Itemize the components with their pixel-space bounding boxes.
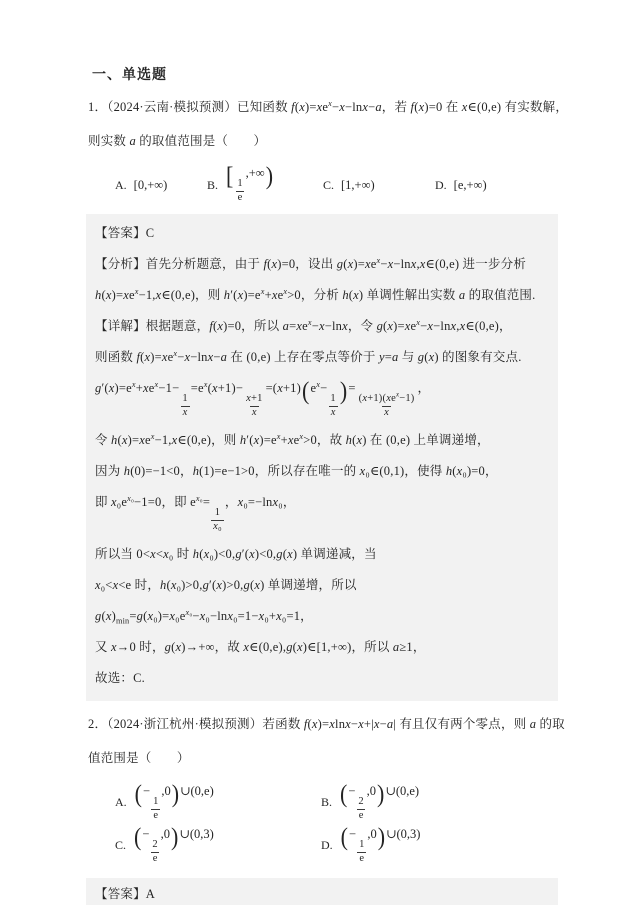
big-delimiter: ) [172, 784, 179, 804]
option-C: C.[1,+∞) [323, 178, 435, 193]
q1-solution-line: 【答案】C [95, 224, 550, 243]
q1-solution-line: g′(x)=ex+xex−1−1x=ex(x+1)−x+1x=(x+1)(ex−… [95, 379, 550, 419]
q1-solution-line: 故选：C. [95, 669, 550, 688]
option-label: D. [435, 178, 447, 193]
option-text: (−1e,0)∪(0,3) [340, 826, 421, 865]
q1-solution-line: 令 h(x)=xex−1,x∈(0,e)，则 h′(x)=ex+xex>0，故 … [95, 431, 550, 450]
big-delimiter: ( [302, 381, 310, 401]
document-page: 一、单选题 1．（2024·云南·模拟预测）已知函数 f(x)=xex−x−ln… [0, 0, 640, 905]
q2-answer-block: 【答案】A [86, 878, 558, 905]
q1-stem-line: 则实数 a 的取值范围是（ ） [88, 132, 552, 151]
q1-solution-line: 所以当 0<x<x₀ 时 h(x₀)<0,g′(x)<0,g(x) 单调递减，当 [95, 545, 550, 564]
option-D: D.[e,+∞) [435, 178, 552, 193]
option-text: (−1e,0)∪(0,e) [134, 783, 214, 822]
option-D: D.(−1e,0)∪(0,3) [321, 826, 552, 865]
q1-solution-line: h(x)=xex−1,x∈(0,e)，则 h′(x)=ex+xex>0，分析 h… [95, 286, 550, 305]
fraction: (x+1)(xex−1)x [357, 393, 417, 419]
option-label: C. [115, 838, 126, 853]
option-text: (−2e,0)∪(0,e) [339, 783, 419, 822]
fraction: 1e [357, 839, 366, 865]
q2-stem-line: 2．（2024·浙江杭州·模拟预测）若函数 f(x)=xlnx−x+|x−a| … [88, 715, 552, 734]
q1-stem: 1．（2024·云南·模拟预测）已知函数 f(x)=xex−x−lnx−a，若 … [88, 98, 552, 151]
option-label: C. [323, 178, 334, 193]
fraction: 2e [150, 839, 159, 865]
big-delimiter: ) [171, 827, 178, 847]
q1-solution-line: 因为 h(0)=−1<0，h(1)=e−1>0，所以存在唯一的 x₀∈(0,1)… [95, 462, 550, 481]
fraction: 1e [151, 796, 160, 822]
option-C: C.(−2e,0)∪(0,3) [115, 826, 321, 865]
q1-options: A.[0,+∞)B.[1e,+∞)C.[1,+∞)D.[e,+∞) [88, 166, 552, 204]
section-heading: 一、单选题 [92, 64, 552, 84]
fraction: 1x [328, 393, 337, 419]
option-label: A. [115, 178, 127, 193]
fraction: 1x₀ [211, 507, 224, 533]
big-delimiter: ) [378, 827, 385, 847]
q2-stem: 2．（2024·浙江杭州·模拟预测）若函数 f(x)=xlnx−x+|x−a| … [88, 715, 552, 768]
option-text: [e,+∞) [454, 178, 487, 193]
option-A: A.[0,+∞) [115, 178, 207, 193]
big-delimiter: ( [341, 827, 348, 847]
option-A: A.(−1e,0)∪(0,e) [115, 783, 321, 822]
option-B: B.(−2e,0)∪(0,e) [321, 783, 552, 822]
option-label: B. [207, 178, 218, 193]
big-delimiter: ( [134, 827, 141, 847]
fraction: 2e [356, 796, 365, 822]
q1-solution-line: 即 x₀ex₀−1=0，即 ex₀=1x₀，x₀=−lnx₀， [95, 493, 550, 533]
q1-solution-block: 【答案】C【分析】首先分析题意，由于 f(x)=0，设出 g(x)=xex−x−… [86, 214, 558, 701]
big-delimiter: ) [266, 165, 273, 185]
q2-options: A.(−1e,0)∪(0,e)B.(−2e,0)∪(0,e)C.(−2e,0)∪… [88, 783, 552, 865]
option-label: B. [321, 795, 332, 810]
option-text: [1,+∞) [341, 178, 375, 193]
q1-solution-line: 【分析】首先分析题意，由于 f(x)=0，设出 g(x)=xex−x−lnx,x… [95, 255, 550, 274]
option-label: A. [115, 795, 127, 810]
fraction: 1e [235, 178, 244, 204]
q1-solution-line: 【详解】根据题意，f(x)=0，所以 a=xex−x−lnx，令 g(x)=xe… [95, 317, 550, 336]
option-text: (−2e,0)∪(0,3) [133, 826, 214, 865]
big-delimiter: ) [340, 381, 348, 401]
q1-solution-line: g(x)min=g(x₀)=x₀ex₀−x₀−lnx₀=1−x₀+x₀=1， [95, 607, 550, 626]
fraction: 1x [180, 393, 189, 419]
q1-solution-line: x₀<x<e 时，h(x₀)>0,g′(x)>0,g(x) 单调递增，所以 [95, 576, 550, 595]
option-text: [1e,+∞) [225, 166, 274, 204]
option-B: B.[1e,+∞) [207, 166, 323, 204]
option-text: [0,+∞) [134, 178, 168, 193]
big-delimiter: ( [135, 784, 142, 804]
q2-answer-line: 【答案】A [95, 885, 550, 904]
big-delimiter: ( [340, 784, 347, 804]
big-delimiter: [ [226, 165, 233, 185]
q2-stem-line: 值范围是（ ） [88, 749, 552, 768]
q1-solution-line: 又 x→0 时，g(x)→+∞，故 x∈(0,e),g(x)∈[1,+∞)，所以… [95, 638, 550, 657]
fraction: x+1x [244, 393, 264, 419]
big-delimiter: ) [377, 784, 384, 804]
q1-solution-line: 则函数 f(x)=xex−x−lnx−a 在 (0,e) 上存在零点等价于 y=… [95, 348, 550, 367]
option-label: D. [321, 838, 333, 853]
q1-stem-line: 1．（2024·云南·模拟预测）已知函数 f(x)=xex−x−lnx−a，若 … [88, 98, 552, 117]
